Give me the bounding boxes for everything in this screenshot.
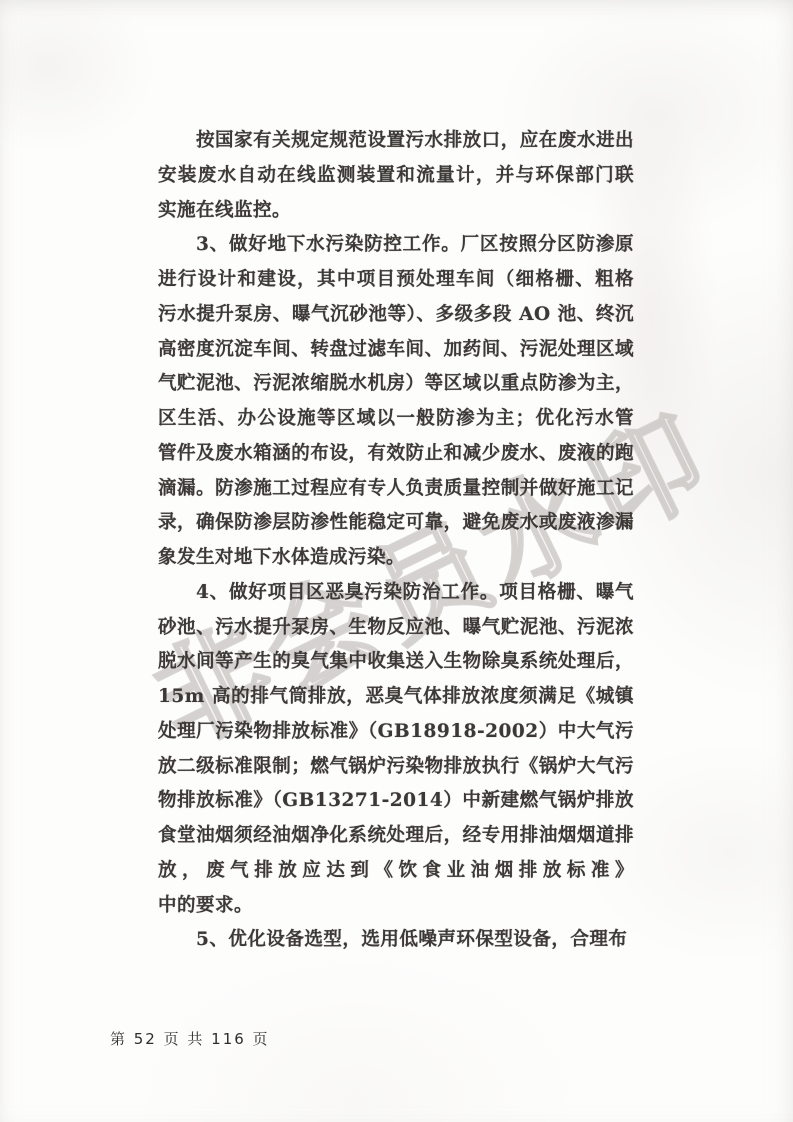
- text-line: 脱水间等产生的臭气集中收集送入生物除臭系统处理后，经: [158, 645, 634, 680]
- text-line: 高密度沉淀车间、转盘过滤车间、加药间、污泥处理区域（曝: [158, 333, 634, 368]
- text-line: 实施在线监控。: [158, 194, 634, 229]
- document-body: 按国家有关规定规范设置污水排放口，应在废水进出口安装废水自动在线监测装置和流量计…: [158, 124, 634, 958]
- text-line: 滴漏。防渗施工过程应有专人负责质量控制并做好施工记: [158, 472, 634, 507]
- text-line: 按国家有关规定规范设置污水排放口，应在废水进出口: [158, 124, 634, 159]
- text-line: 录，确保防渗层防渗性能稳定可靠，避免废水或废液渗漏现: [158, 506, 634, 541]
- text-line: 进行设计和建设，其中项目预处理车间（细格栅、粗格栅、: [158, 263, 634, 298]
- text-line: 5、优化设备选型，选用低噪声环保型设备，合理布局，: [158, 923, 634, 958]
- text-line: 15m 高的排气筒排放，恶臭气体排放浓度须满足《城镇污水: [158, 680, 634, 715]
- text-line: 污水提升泵房、曝气沉砂池等）、多级多段 AO 池、终沉池、: [158, 298, 634, 333]
- text-line: 砂池、污水提升泵房、生物反应池、曝气贮泥池、污泥浓缩: [158, 611, 634, 646]
- text-line: 处理厂污染物排放标准》（GB18918-2002）中大气污染物排: [158, 715, 634, 750]
- text-line: 管件及废水箱涵的布设，有效防止和减少废水、废液的跑冒: [158, 437, 634, 472]
- text-line: 气贮泥池、污泥浓缩脱水机房）等区域以重点防渗为主，厂: [158, 367, 634, 402]
- text-line: 中的要求。: [158, 889, 634, 924]
- text-line: 4、做好项目区恶臭污染防治工作。项目格栅、曝气沉: [158, 576, 634, 611]
- text-line: 区生活、办公设施等区域以一般防渗为主；优化污水管道、: [158, 402, 634, 437]
- text-line: 放，废气排放应达到《饮食业油烟排放标准》(GB18483-2001): [158, 854, 634, 889]
- text-line: 象发生对地下水体造成污染。: [158, 541, 634, 576]
- text-line: 安装废水自动在线监测装置和流量计，并与环保部门联网，: [158, 159, 634, 194]
- text-line: 放二级标准限制；燃气锅炉污染物排放执行《锅炉大气污染: [158, 750, 634, 785]
- text-line: 食堂油烟须经油烟净化系统处理后，经专用排油烟烟道排: [158, 819, 634, 854]
- document-page: 非会员水印 按国家有关规定规范设置污水排放口，应在废水进出口安装废水自动在线监测…: [0, 0, 793, 1122]
- text-line: 3、做好地下水污染防控工作。厂区按照分区防渗原则: [158, 228, 634, 263]
- page-number-footer: 第 52 页 共 116 页: [110, 1028, 270, 1049]
- text-line: 物排放标准》（GB13271-2014）中新建燃气锅炉排放限值；: [158, 784, 634, 819]
